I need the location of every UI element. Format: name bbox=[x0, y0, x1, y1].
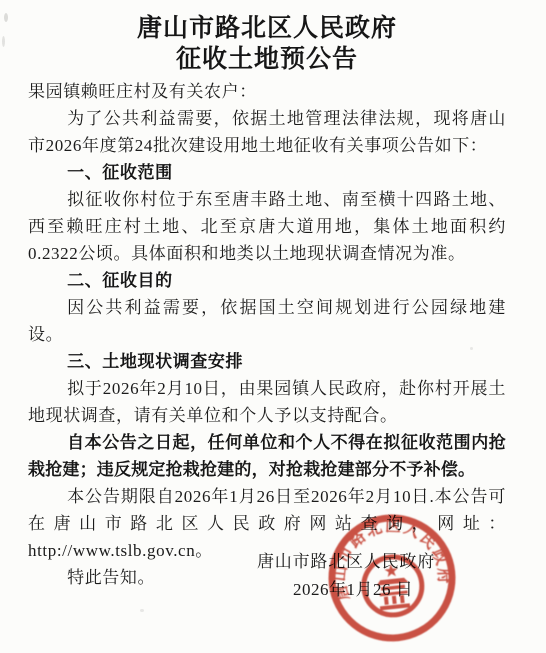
warning-paragraph: 自本公告之日起，任何单位和个人不得在拟征收范围内抢栽抢建；违反规定抢栽抢建的，对… bbox=[28, 429, 506, 483]
doc-title-line2: 征收土地预公告 bbox=[28, 44, 506, 75]
official-seal: 唐山市路北区人民政府 bbox=[313, 499, 471, 653]
scan-artifact bbox=[140, 609, 144, 612]
scan-artifact bbox=[4, 13, 8, 22]
national-emblem-icon bbox=[361, 554, 425, 618]
emblem-gate bbox=[376, 577, 411, 610]
intro-paragraph: 为了公共利益需要，依据土地管理法律法规，现将唐山市2026年度第24批次建设用地… bbox=[28, 105, 506, 159]
section-3-heading: 三、土地现状调查安排 bbox=[28, 348, 506, 375]
document-body: 唐山市路北区人民政府 征收土地预公告 果园镇赖旺庄村及有关农户： 为了公共利益需… bbox=[0, 0, 546, 591]
emblem-star bbox=[384, 563, 399, 577]
section-2-body: 因公共利益需要，依据国土空间规划进行公园绿地建设。 bbox=[28, 294, 506, 348]
section-1-heading: 一、征收范围 bbox=[28, 159, 506, 186]
scanned-announcement-page: 唐山市路北区人民政府 征收土地预公告 果园镇赖旺庄村及有关农户： 为了公共利益需… bbox=[0, 0, 546, 653]
section-2-heading: 二、征收目的 bbox=[28, 267, 506, 294]
section-1-body: 拟征收你村位于东至唐丰路土地、南至横十四路土地、西至赖旺庄村土地、北至京唐大道用… bbox=[28, 186, 506, 267]
section-3-body: 拟于2026年2月10日，由果园镇人民政府，赴你村开展土地现状调查，请有关单位和… bbox=[28, 375, 506, 429]
scan-artifact bbox=[2, 36, 5, 47]
doc-title-line1: 唐山市路北区人民政府 bbox=[28, 13, 506, 44]
salutation: 果园镇赖旺庄村及有关农户： bbox=[28, 78, 506, 105]
scan-artifact bbox=[470, 347, 473, 350]
